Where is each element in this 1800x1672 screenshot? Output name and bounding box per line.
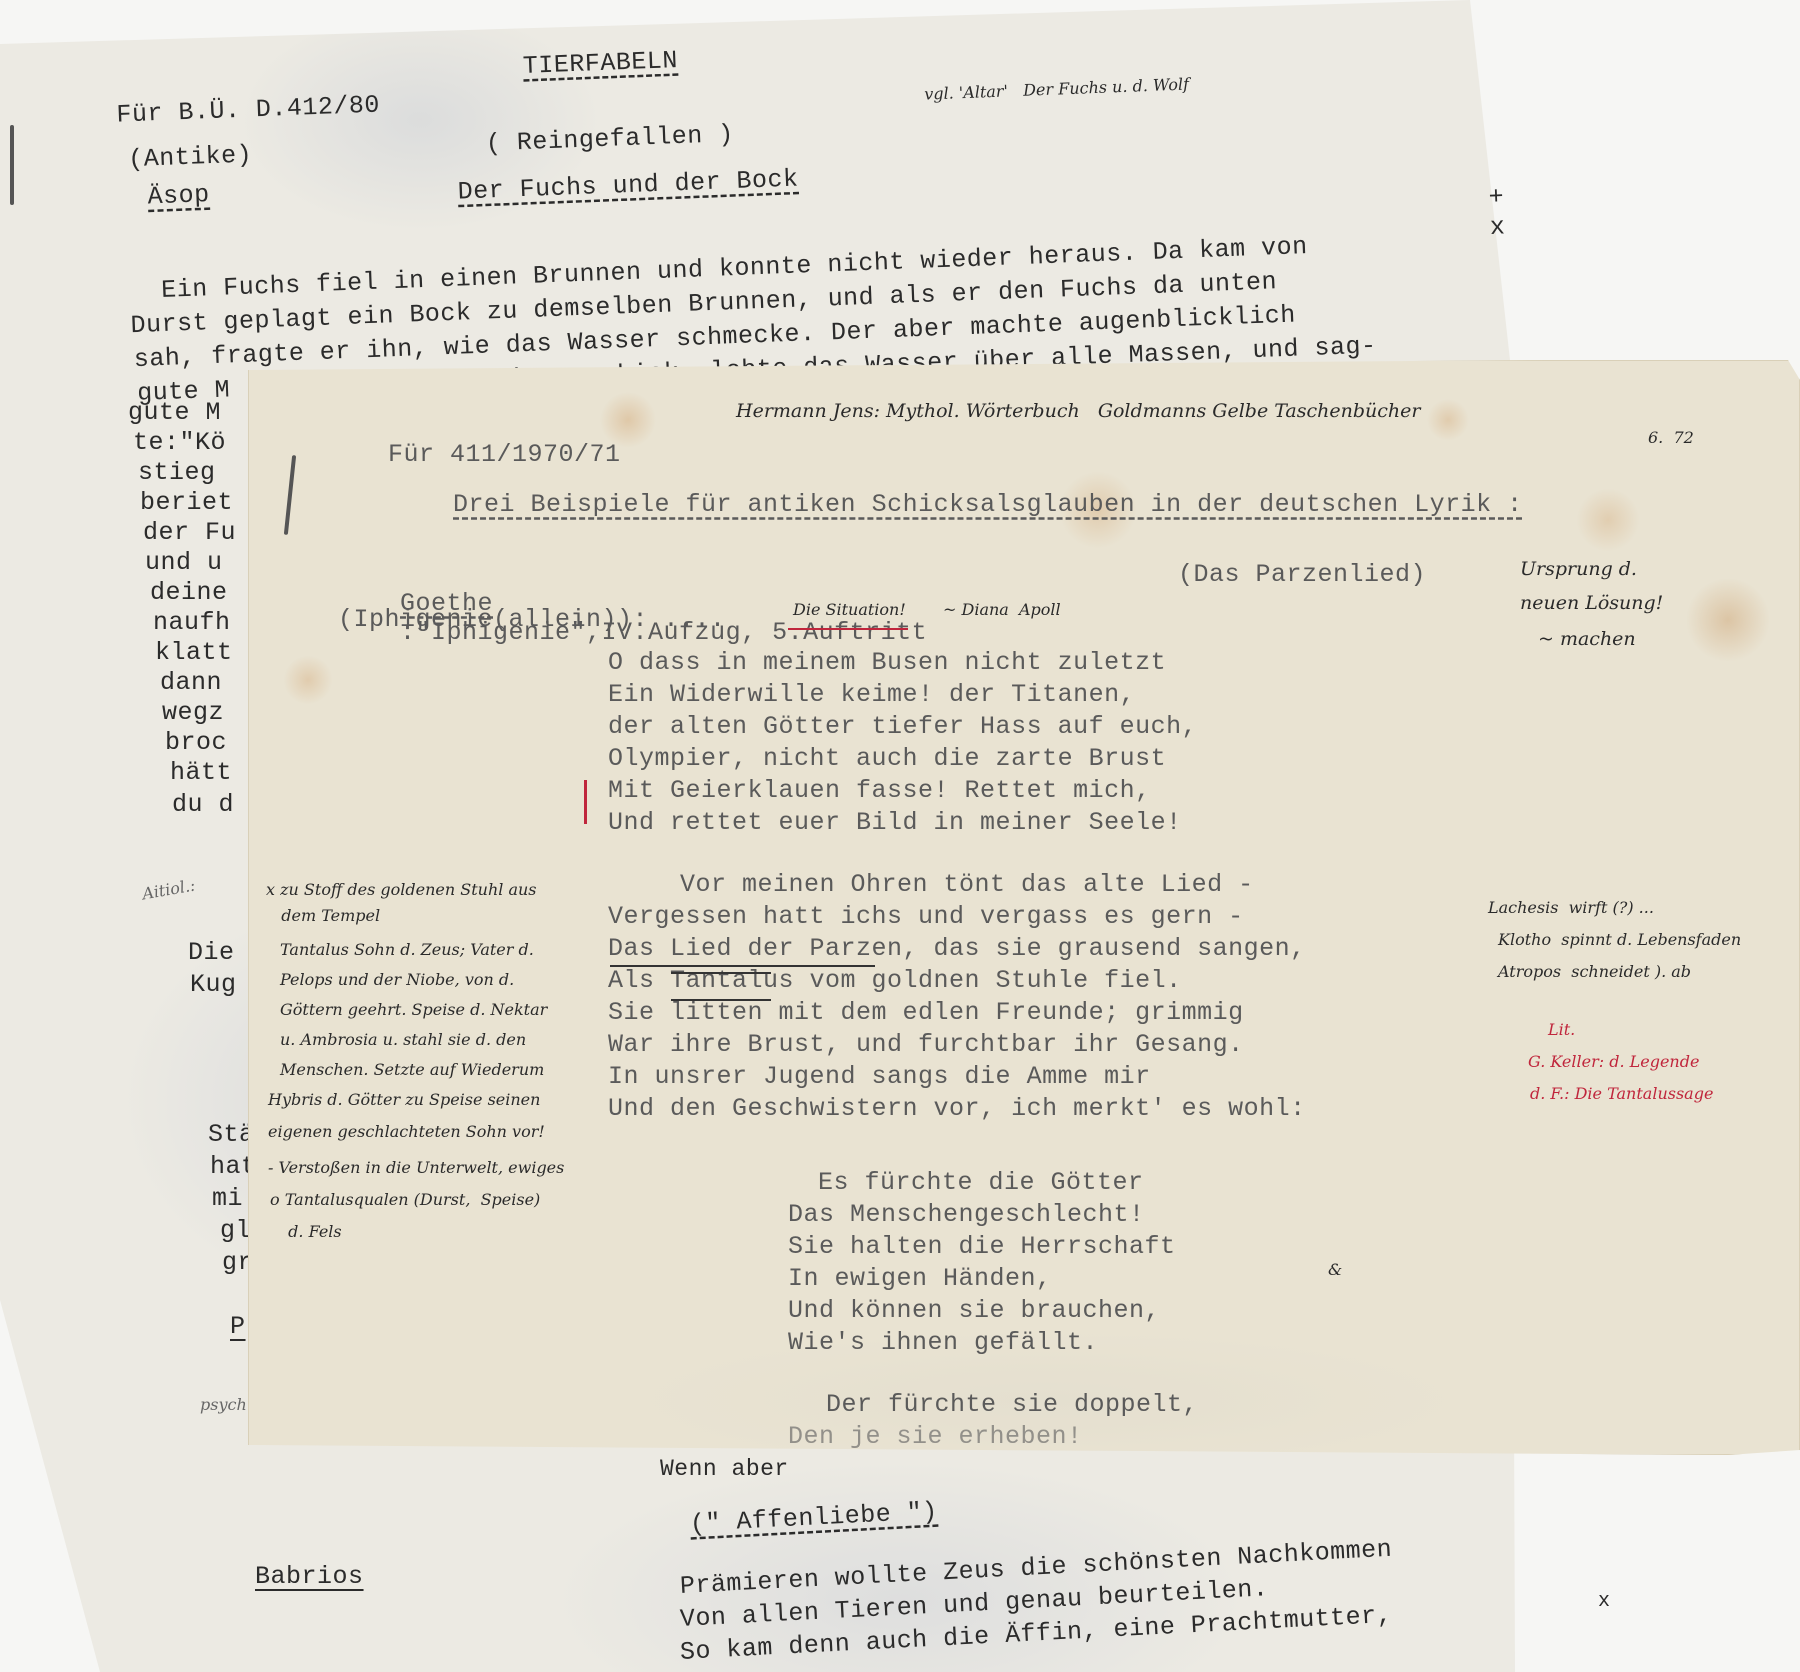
- verse-line: O dass in meinem Busen nicht zuletzt: [608, 648, 1166, 677]
- fragment: P: [230, 1312, 246, 1341]
- period-label: (Antike): [128, 140, 253, 174]
- tantalus-box-top: [671, 972, 771, 974]
- red-underline: [788, 628, 908, 630]
- fragment: mi: [212, 1184, 243, 1213]
- verse-line: Ein Widerwille keime! der Titanen,: [608, 680, 1135, 709]
- speaker-line: (Iphigenie(allein)): ....: [338, 605, 726, 634]
- partial-line: Wenn aber: [660, 1456, 789, 1482]
- fragment: stieg: [138, 458, 216, 487]
- fragment: klatt: [155, 638, 233, 667]
- handwritten-note: x zu Stoff des goldenen Stuhl aus: [266, 880, 537, 899]
- fable-subtitle: ( Reingefallen ): [485, 120, 734, 159]
- song-line: Der fürchte sie doppelt,: [826, 1390, 1198, 1419]
- handwritten-note-red: G. Keller: d. Legende: [1528, 1052, 1699, 1071]
- fragment: beriet: [140, 488, 233, 517]
- margin-mark: x: [1489, 212, 1506, 242]
- handwritten-note: eigenen geschlachteten Sohn vor!: [268, 1122, 545, 1141]
- staple-front-sheet: [284, 455, 296, 535]
- fragment: deine: [150, 578, 228, 607]
- fragment: der Fu: [143, 518, 236, 547]
- author-asop: Äsop: [147, 180, 210, 211]
- document-title: TIERFABELN: [522, 46, 678, 81]
- verse-line: Und rettet euer Bild in meiner Seele!: [608, 808, 1182, 837]
- document-title: Drei Beispiele für antiken Schicksalsgla…: [453, 490, 1523, 519]
- verse-line: Vor meinen Ohren tönt das alte Lied -: [680, 870, 1254, 899]
- handwritten-note: ~ machen: [1538, 628, 1636, 650]
- song-line: Wie's ihnen gefällt.: [788, 1328, 1098, 1357]
- handwritten-note: u. Ambrosia u. stahl sie d. den: [280, 1030, 526, 1049]
- handwritten-note: Ursprung d.: [1520, 558, 1637, 580]
- underline-parzen: [610, 965, 875, 967]
- song-line: Es fürchte die Götter: [818, 1168, 1144, 1197]
- verse-line: Vergessen hatt ichs und vergass es gern …: [608, 902, 1244, 931]
- song-line: Sie halten die Herrschaft: [788, 1232, 1176, 1261]
- handwritten-note: Göttern geehrt. Speise d. Nektar: [280, 1000, 547, 1019]
- fragment: Kug: [190, 970, 237, 999]
- handwritten-note: dem Tempel: [266, 906, 380, 925]
- fragment: broc: [165, 728, 227, 757]
- verse-line: War ihre Brust, und furchtbar ihr Gesang…: [608, 1030, 1244, 1059]
- fragment: te:"Kö: [133, 428, 226, 457]
- handwritten-note: Klotho spinnt d. Lebensfaden: [1498, 930, 1741, 949]
- margin-mark: x: [1598, 1590, 1611, 1613]
- handwritten-note: o Tantalusqualen (Durst, Speise): [270, 1190, 540, 1209]
- red-margin-mark: [584, 780, 587, 824]
- author-babrios: Babrios: [255, 1562, 364, 1591]
- handwritten-note: - Verstoßen in die Unterwelt, ewiges: [268, 1158, 564, 1177]
- annotation-situation: Die Situation!: [793, 600, 906, 619]
- song-line: Den je sie erheben!: [788, 1422, 1083, 1451]
- fragment: dann: [160, 668, 222, 697]
- handwritten-note: neuen Lösung!: [1520, 592, 1663, 614]
- verse-line: der alten Götter tiefer Hass auf euch,: [608, 712, 1197, 741]
- reference-number: Für B.Ü. D.412/80: [116, 91, 380, 130]
- verse-line: In unsrer Jugend sangs die Amme mir: [608, 1062, 1151, 1091]
- fragment: Die: [188, 938, 235, 967]
- fable-title: Der Fuchs und der Bock: [457, 164, 799, 206]
- fragment: gute M: [128, 398, 221, 427]
- margin-mark: +: [1488, 182, 1505, 212]
- handwritten-note: Menschen. Setzte auf Wiederum: [280, 1060, 544, 1079]
- handwritten-note: d. Fels: [278, 1222, 342, 1241]
- verse-line: Das Lied der Parzen, das sie grausend sa…: [608, 934, 1306, 963]
- pencil-note-psych: psych.: [200, 1395, 252, 1414]
- handwritten-note-red: d. F.: Die Tantalussage: [1530, 1084, 1713, 1103]
- handwritten-bibliography: Hermann Jens: Mythol. Wörterbuch Goldman…: [736, 400, 1420, 422]
- verse-line: Als Tantalus vom goldnen Stuhle fiel.: [608, 966, 1182, 995]
- reference-number: Für 411/1970/71: [388, 440, 621, 469]
- handwritten-note-top: vgl. 'Altar' Der Fuchs u. d. Wolf: [924, 74, 1189, 103]
- fragment: du d: [172, 790, 234, 819]
- handwritten-note: Hybris d. Götter zu Speise seinen: [268, 1090, 540, 1109]
- song-line: In ewigen Händen,: [788, 1264, 1052, 1293]
- fragment: wegz: [162, 698, 224, 727]
- fragment: hätt: [170, 758, 232, 787]
- handwritten-note: Tantalus Sohn d. Zeus; Vater d.: [280, 940, 534, 959]
- verse-line: Mit Geierklauen fasse! Rettet mich,: [608, 776, 1151, 805]
- song-name: (Das Parzenlied): [1178, 560, 1426, 589]
- song-line: Und können sie brauchen,: [788, 1296, 1160, 1325]
- fragment: Stä: [208, 1120, 255, 1149]
- handwritten-date: 6. 72: [1648, 428, 1694, 447]
- handwritten-note: Atropos schneidet ). ab: [1498, 962, 1691, 981]
- fragment: naufh: [153, 608, 231, 637]
- fragment: und u: [145, 548, 223, 577]
- fragment: gl: [220, 1216, 251, 1245]
- verse-line: Olympier, nicht auch die zarte Brust: [608, 744, 1166, 773]
- front-sheet-schicksalsglauben: Hermann Jens: Mythol. Wörterbuch Goldman…: [248, 360, 1800, 1455]
- margin-mark: &: [1328, 1260, 1342, 1279]
- verse-line: Sie litten mit dem edlen Freunde; grimmi…: [608, 998, 1244, 1027]
- song-line: Das Menschengeschlecht!: [788, 1200, 1145, 1229]
- tantalus-box-bottom: [671, 999, 771, 1001]
- verse-line: Und den Geschwistern vor, ich merkt' es …: [608, 1094, 1306, 1123]
- handwritten-note: Pelops und der Niobe, von d.: [280, 970, 514, 989]
- annotation-diana-apoll: ~ Diana Apoll: [943, 600, 1061, 619]
- handwritten-note: Lachesis wirft (?) ...: [1488, 898, 1654, 917]
- handwritten-note-red: Lit.: [1548, 1020, 1575, 1039]
